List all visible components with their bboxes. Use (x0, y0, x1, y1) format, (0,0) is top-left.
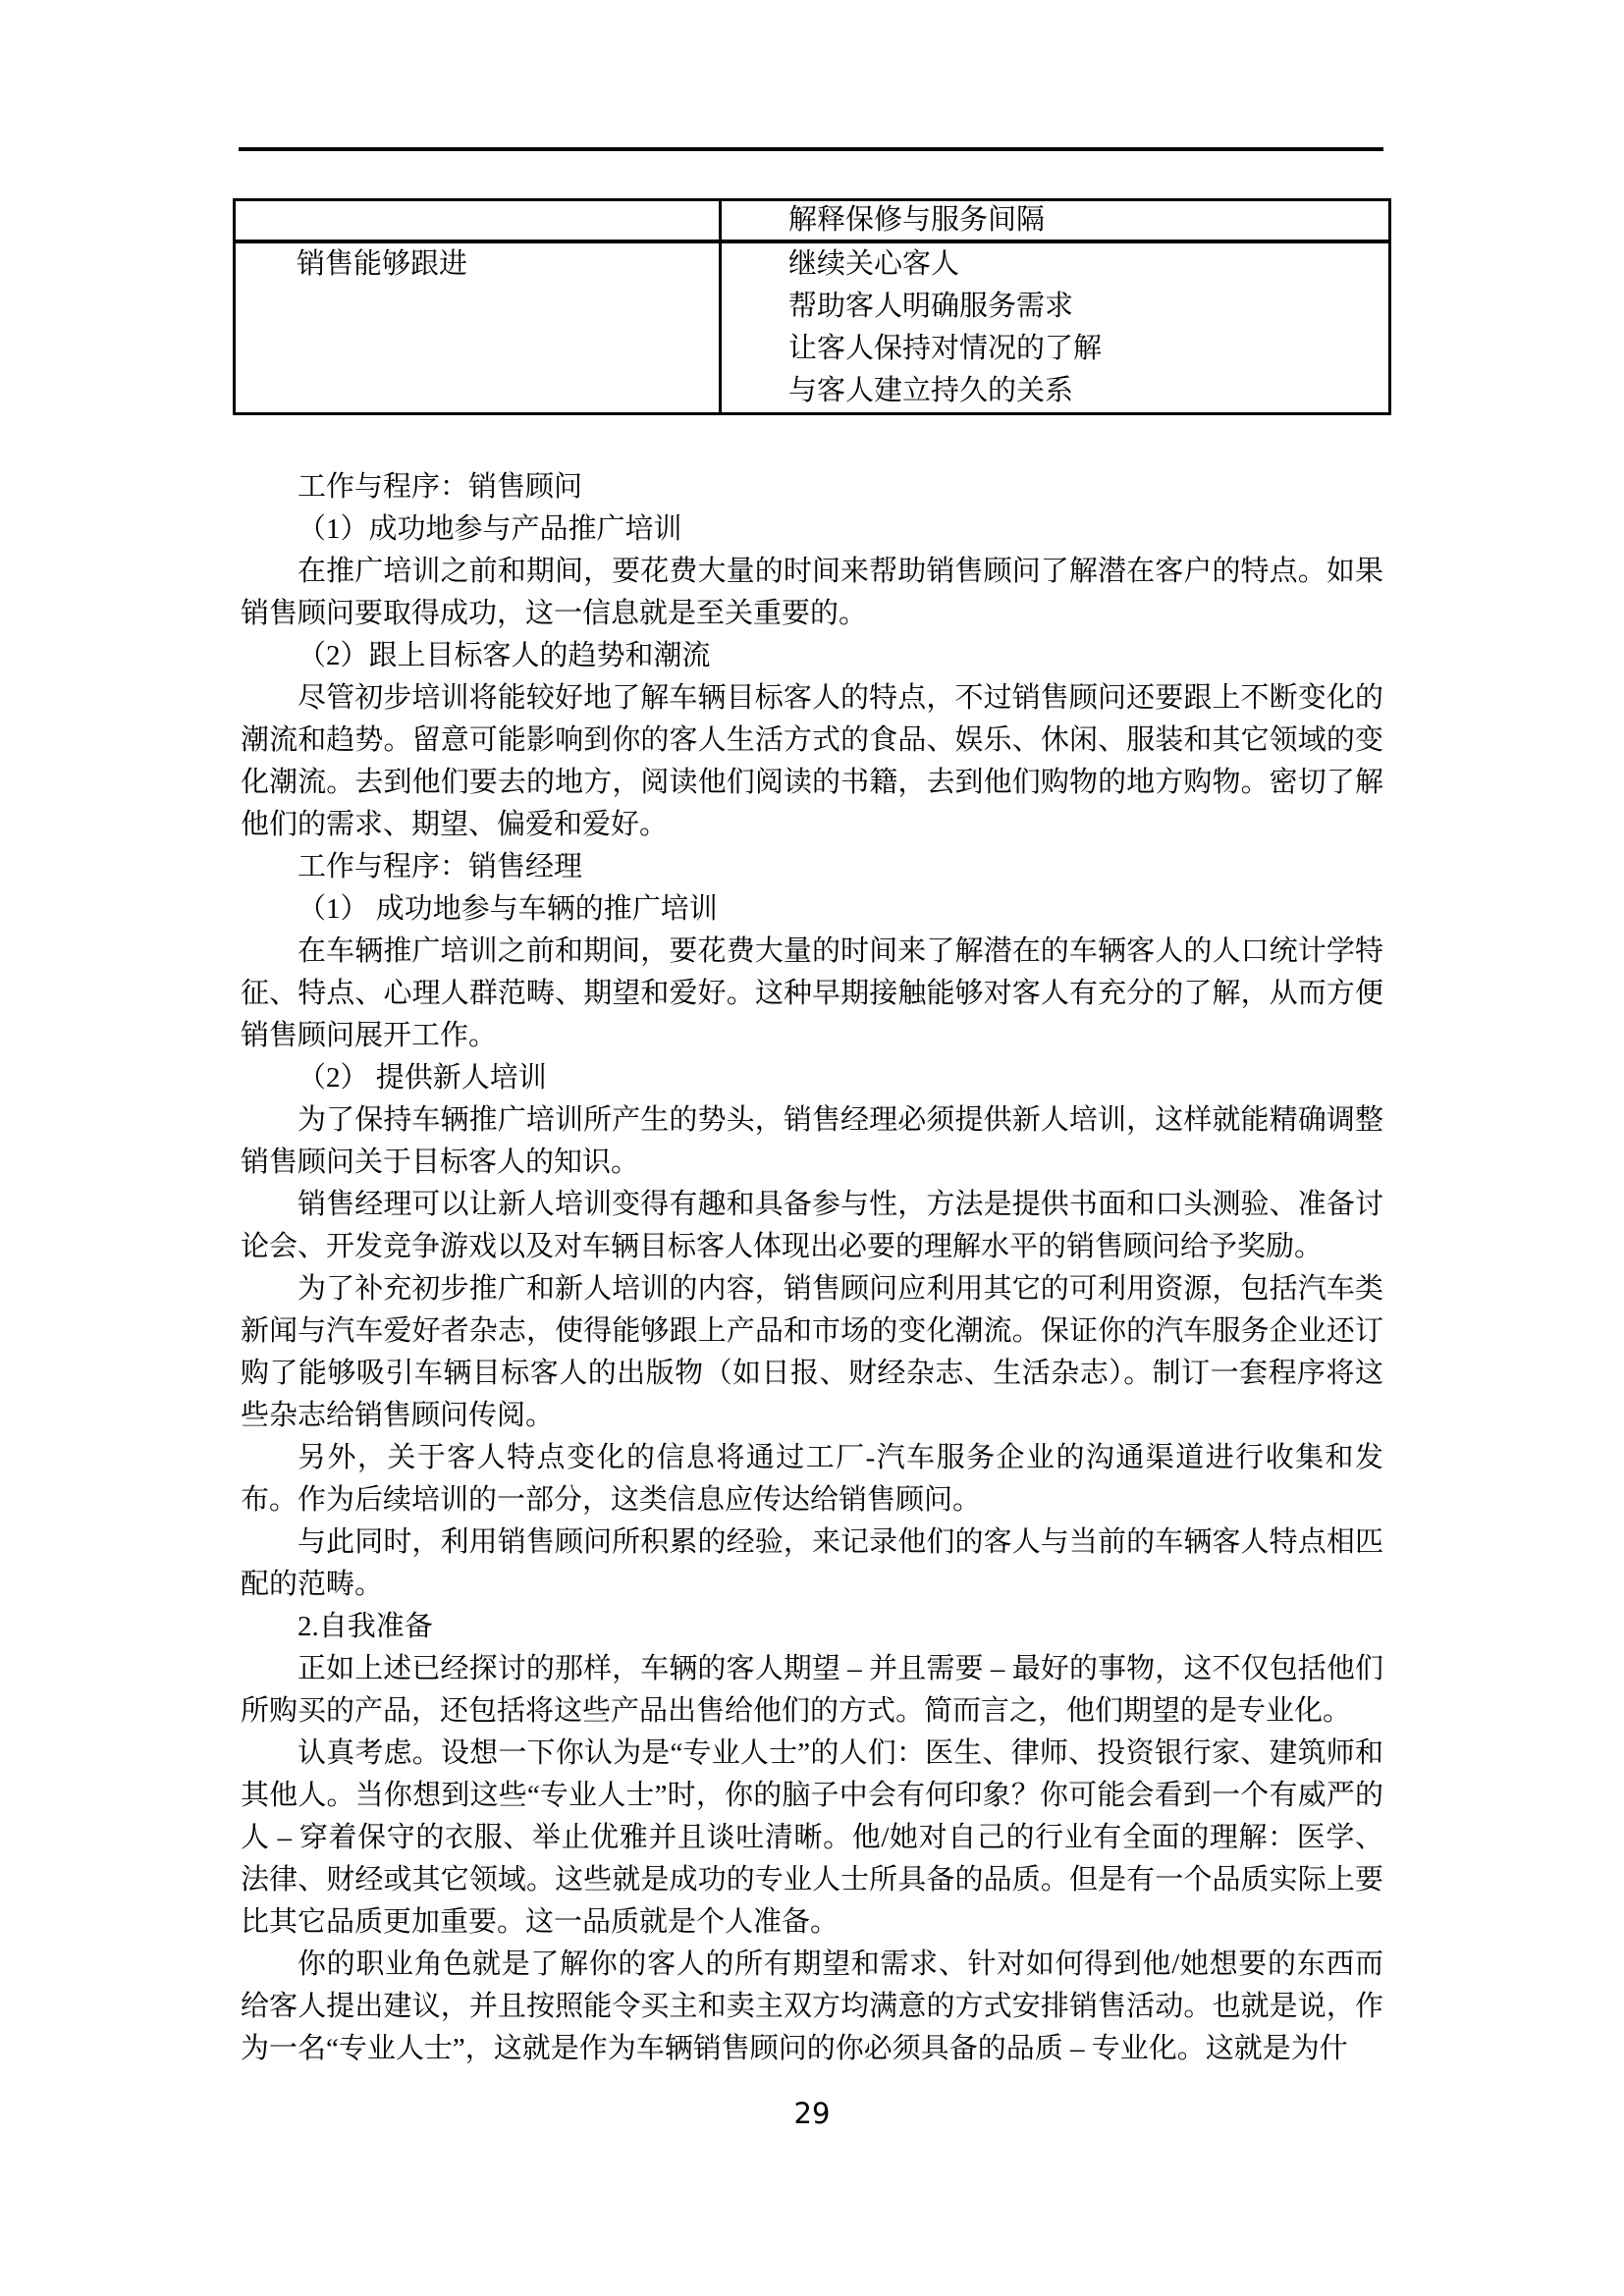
body-paragraph: 与此同时，利用销售顾问所积累的经验，来记录他们的客人与当前的车辆客人特点相匹配的… (241, 1522, 1383, 1606)
table-cell-text: 帮助客人明确服务需求 (788, 286, 1388, 328)
body-paragraph: （1）成功地参与产品推广培训 (241, 508, 1383, 551)
body-paragraph: 为了补充初步推广和新人培训的内容，销售顾问应利用其它的可利用资源，包括汽车类新闻… (241, 1268, 1383, 1437)
table-row: 解释保修与服务间隔 (235, 200, 1390, 242)
table-cell-text: 继续关心客人 (788, 243, 1388, 286)
body-paragraph: 尽管初步培训将能较好地了解车辆目标客人的特点，不过销售顾问还要跟上不断变化的潮流… (241, 677, 1383, 846)
body-paragraph: 你的职业角色就是了解你的客人的所有期望和需求、针对如何得到他/她想要的东西而给客… (241, 1944, 1383, 2070)
body-paragraph: 工作与程序：销售顾问 (241, 466, 1383, 508)
body-paragraph: （2） 提供新人培训 (241, 1057, 1383, 1099)
follow-up-table: 解释保修与服务间隔 销售能够跟进 继续关心客人 帮助客人明确服务需求 让客人保持… (233, 198, 1391, 415)
table-cell-left (235, 200, 721, 242)
body-paragraph: 另外，关于客人特点变化的信息将通过工厂-汽车服务企业的沟通渠道进行收集和发布。作… (241, 1437, 1383, 1522)
table-cell-text: 解释保修与服务间隔 (788, 201, 1388, 240)
table-cell-text: 销售能够跟进 (297, 243, 719, 286)
document-page: 解释保修与服务间隔 销售能够跟进 继续关心客人 帮助客人明确服务需求 让客人保持… (0, 0, 1624, 2296)
body-paragraph: 工作与程序：销售经理 (241, 846, 1383, 888)
table-cell-right: 继续关心客人 帮助客人明确服务需求 让客人保持对情况的了解 与客人建立持久的关系 (721, 241, 1390, 414)
table-cell-left: 销售能够跟进 (235, 241, 721, 414)
body-paragraph: 销售经理可以让新人培训变得有趣和具备参与性，方法是提供书面和口头测验、准备讨论会… (241, 1184, 1383, 1268)
table-row: 销售能够跟进 继续关心客人 帮助客人明确服务需求 让客人保持对情况的了解 与客人… (235, 241, 1390, 414)
body-paragraph: 认真考虑。设想一下你认为是“专业人士”的人们：医生、律师、投资银行家、建筑师和其… (241, 1733, 1383, 1944)
body-paragraph: 为了保持车辆推广培训所产生的势头，销售经理必须提供新人培训，这样就能精确调整销售… (241, 1099, 1383, 1184)
table-cell-text: 与客人建立持久的关系 (788, 370, 1388, 412)
body-paragraph: 正如上述已经探讨的那样，车辆的客人期望 – 并且需要 – 最好的事物，这不仅包括… (241, 1648, 1383, 1733)
table-cell-text: 让客人保持对情况的了解 (788, 328, 1388, 370)
body-text: 工作与程序：销售顾问 （1）成功地参与产品推广培训 在推广培训之前和期间，要花费… (241, 466, 1383, 2070)
body-paragraph: 在车辆推广培训之前和期间，要花费大量的时间来了解潜在的车辆客人的人口统计学特征、… (241, 931, 1383, 1057)
body-paragraph: （2）跟上目标客人的趋势和潮流 (241, 635, 1383, 677)
page-number: 29 (0, 2093, 1624, 2135)
body-paragraph: 2.自我准备 (241, 1606, 1383, 1648)
table-cell-right: 解释保修与服务间隔 (721, 200, 1390, 242)
body-paragraph: 在推广培训之前和期间，要花费大量的时间来帮助销售顾问了解潜在客户的特点。如果销售… (241, 551, 1383, 635)
header-rule (239, 147, 1383, 151)
body-paragraph: （1） 成功地参与车辆的推广培训 (241, 888, 1383, 931)
